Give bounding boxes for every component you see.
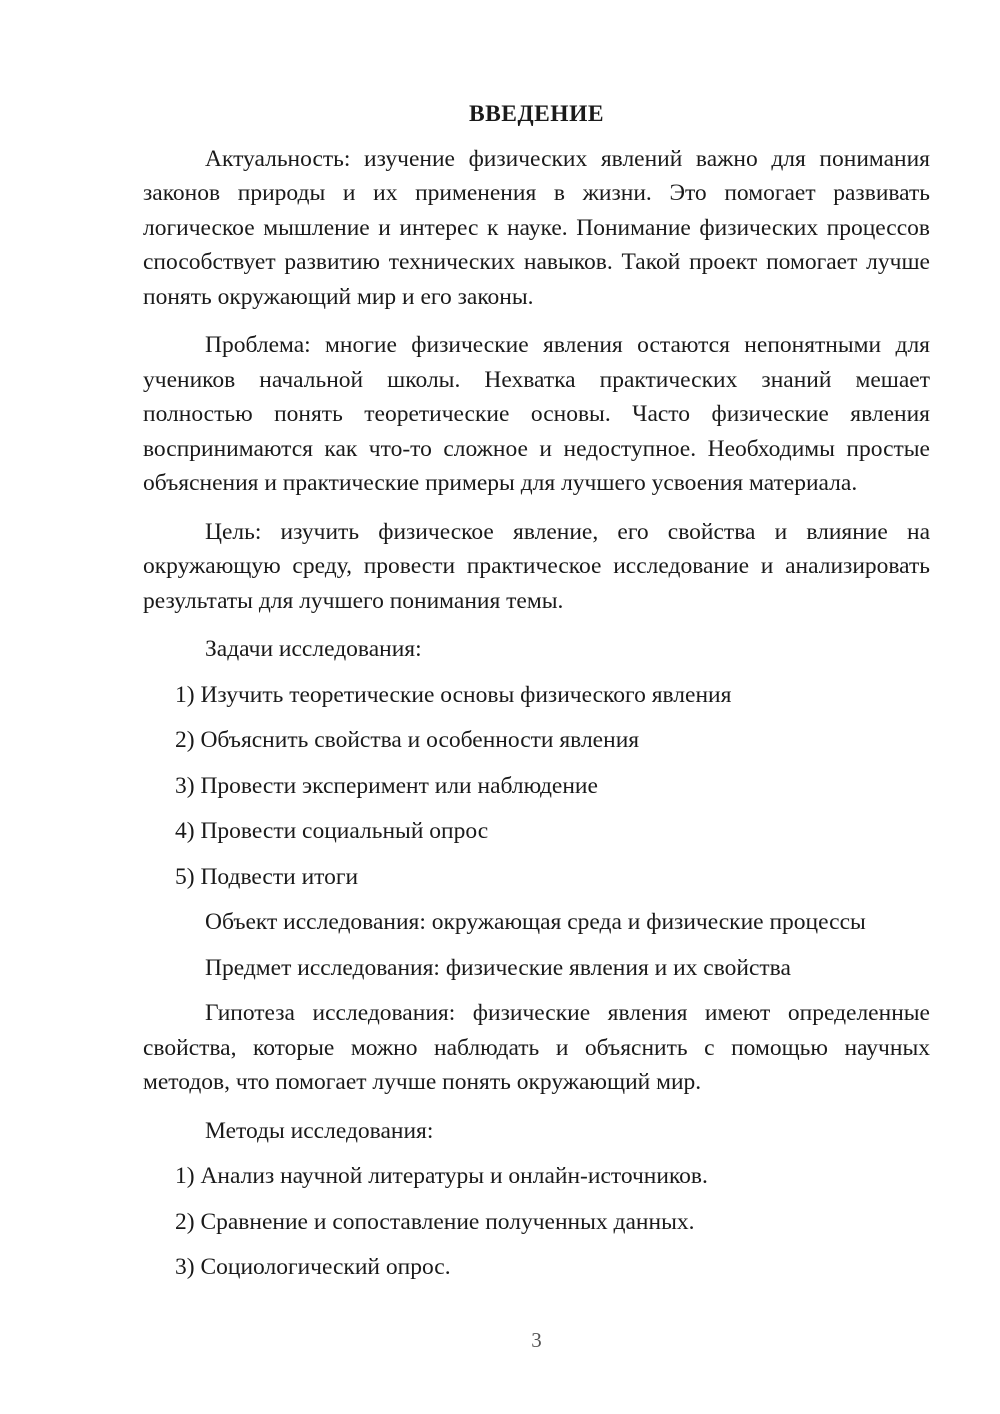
task-item-2: 2) Объяснить свойства и особенности явле…: [143, 723, 930, 758]
task-item-4: 4) Провести социальный опрос: [143, 814, 930, 849]
paragraph-hypothesis: Гипотеза исследования: физические явлени…: [143, 996, 930, 1100]
document-page: ВВЕДЕНИЕ Актуальность: изучение физическ…: [0, 0, 1000, 1414]
section-title: ВВЕДЕНИЕ: [143, 97, 930, 132]
method-item-3: 3) Социологический опрос.: [143, 1250, 930, 1285]
task-item-3: 3) Провести эксперимент или наблюдение: [143, 769, 930, 804]
method-item-1: 1) Анализ научной литературы и онлайн-ис…: [143, 1159, 930, 1194]
methods-heading: Методы исследования:: [143, 1114, 930, 1149]
method-item-2: 2) Сравнение и сопоставление полученных …: [143, 1205, 930, 1240]
paragraph-subject: Предмет исследования: физические явления…: [143, 951, 930, 986]
page-number: 3: [143, 1327, 930, 1353]
text-block: ВВЕДЕНИЕ Актуальность: изучение физическ…: [143, 97, 930, 1296]
task-item-1: 1) Изучить теоретические основы физическ…: [143, 678, 930, 713]
paragraph-problem: Проблема: многие физические явления оста…: [143, 328, 930, 501]
paragraph-goal: Цель: изучить физическое явление, его св…: [143, 515, 930, 619]
paragraph-relevance: Актуальность: изучение физических явлени…: [143, 142, 930, 315]
paragraph-object: Объект исследования: окружающая среда и …: [143, 905, 930, 940]
tasks-heading: Задачи исследования:: [143, 632, 930, 667]
task-item-5: 5) Подвести итоги: [143, 860, 930, 895]
